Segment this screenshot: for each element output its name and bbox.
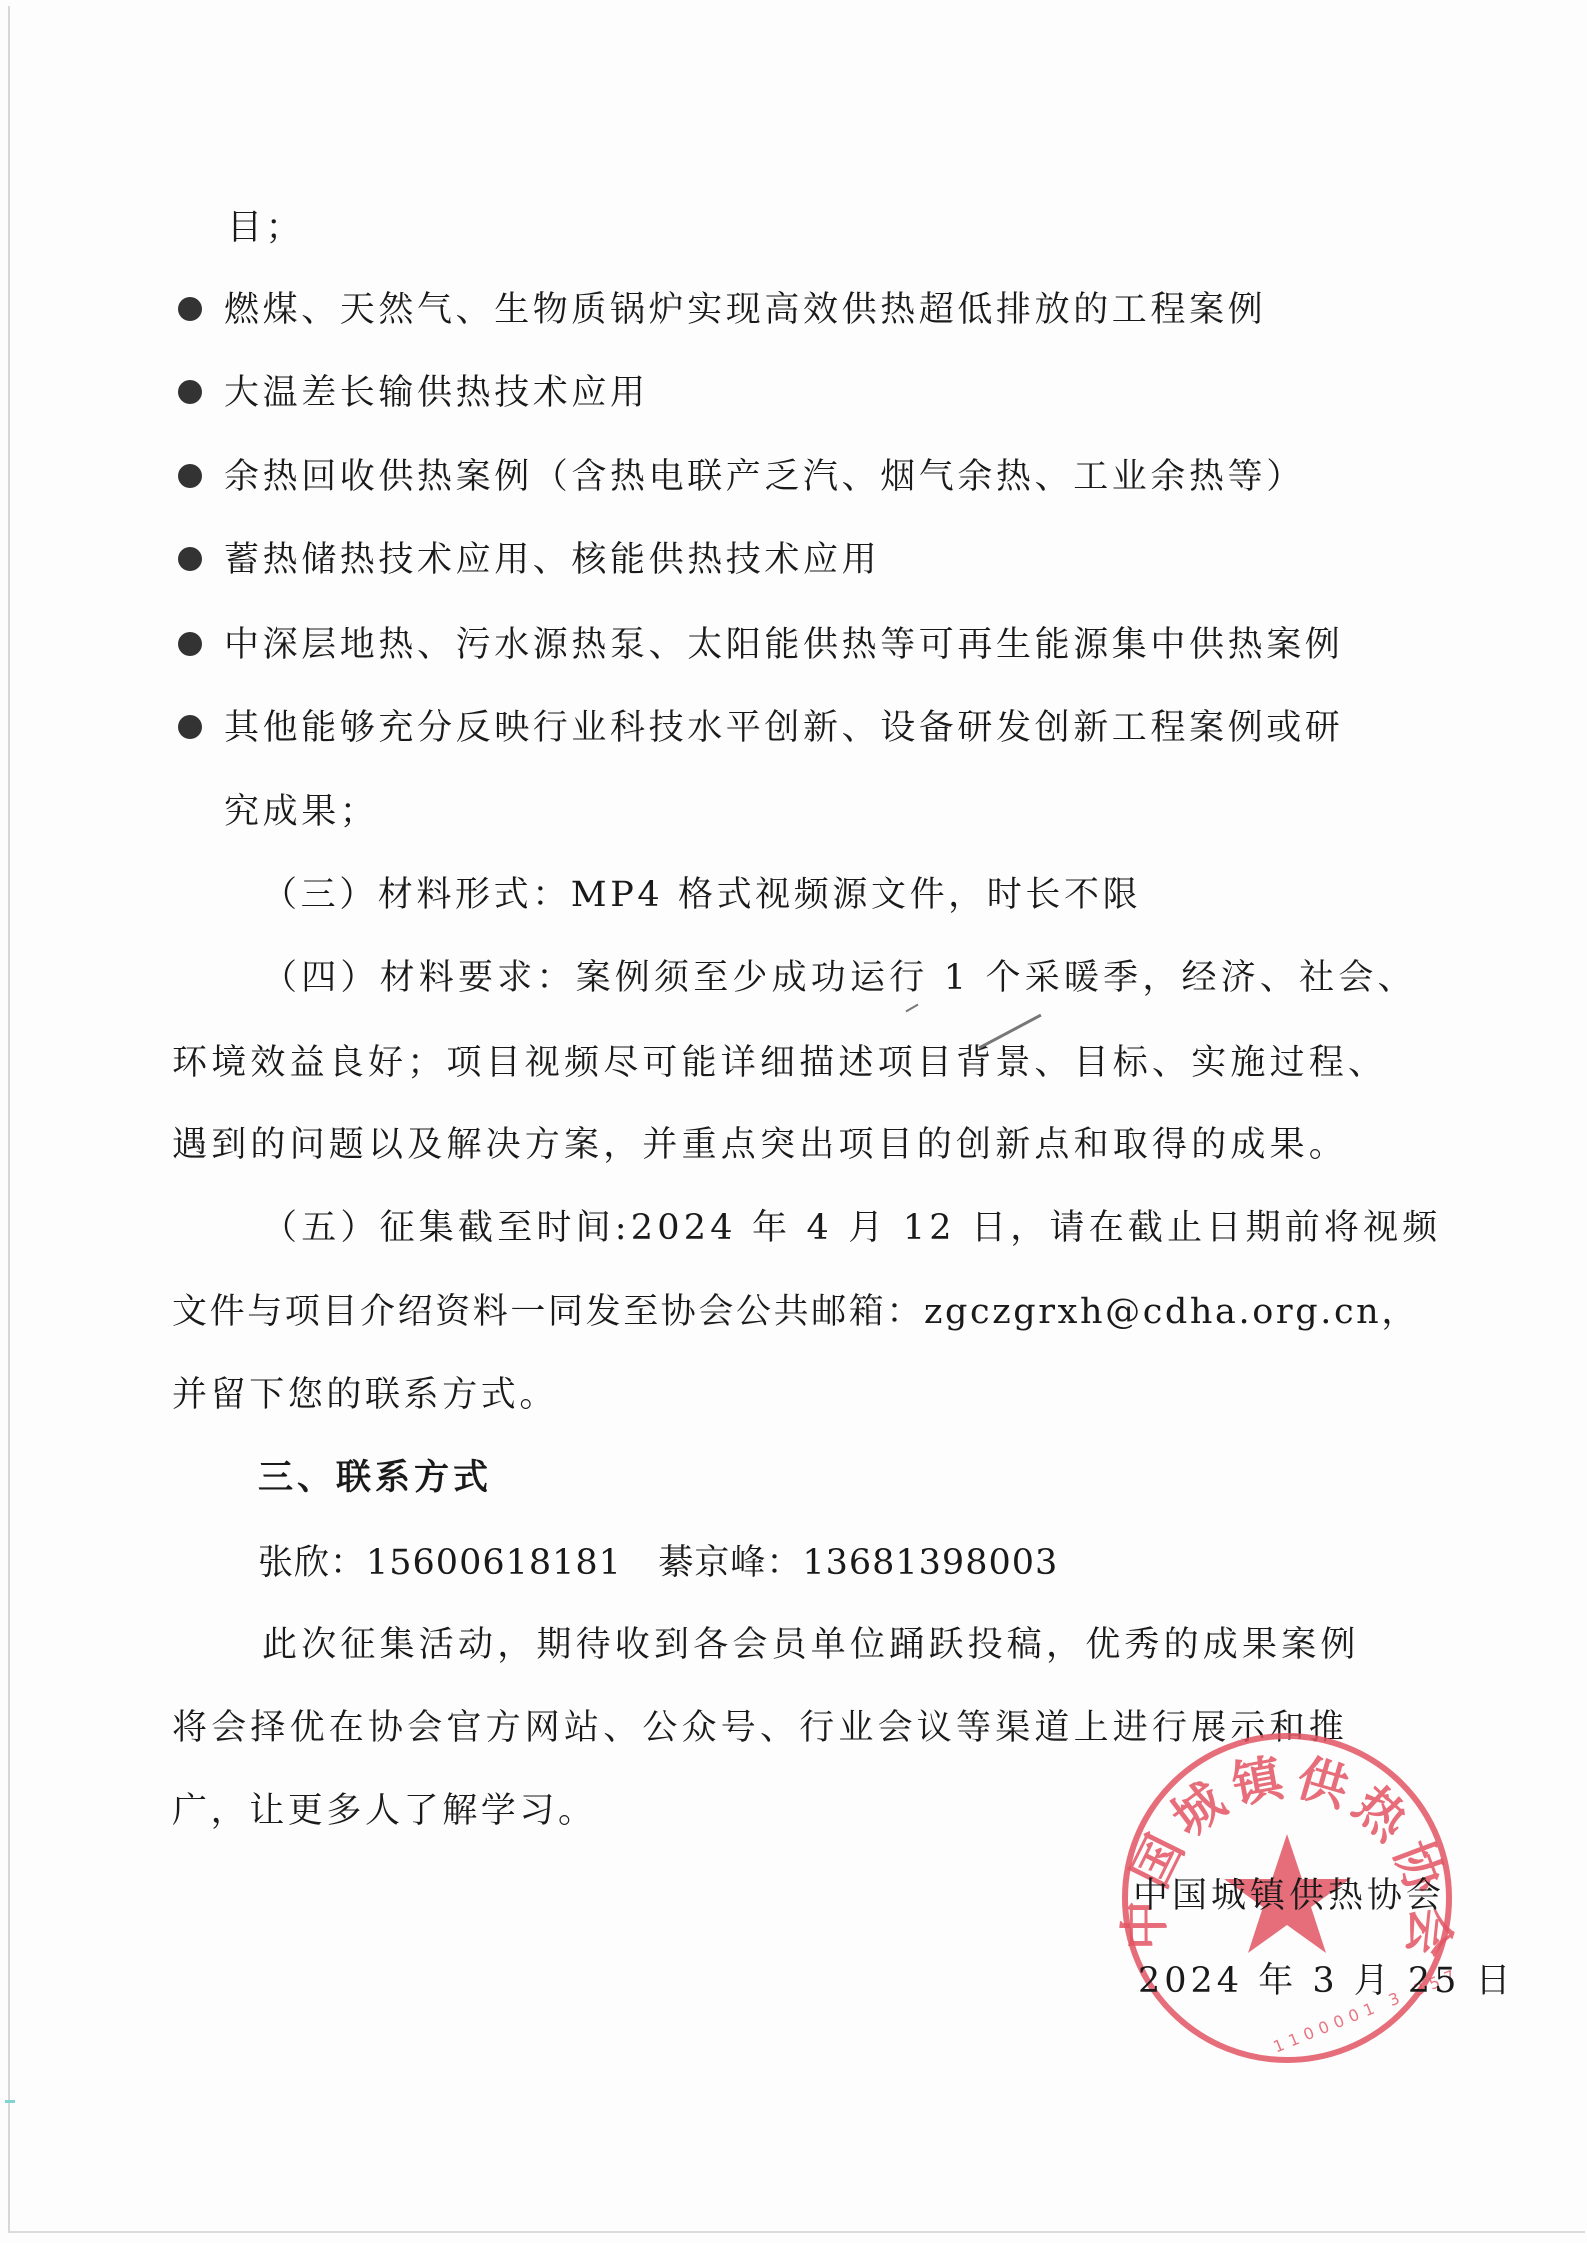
signature-organization: 中国城镇供热协会 <box>1133 1868 1445 1918</box>
pen-mark <box>905 1004 918 1013</box>
contact-heading: 三、联系方式 <box>258 1456 1558 1500</box>
bullet-icon <box>178 715 202 739</box>
section-5-line-2: 文件与项目介绍资料一同发至协会公共邮箱：zgczgrxh@cdha.org.cn… <box>172 1290 1472 1334</box>
section-4-line-3: 遇到的问题以及解决方案，并重点突出项目的创新点和取得的成果。 <box>172 1123 1472 1167</box>
section-4-line-1: （四）材料要求：案例须至少成功运行 1 个采暖季，经济、社会、 <box>262 956 1562 1000</box>
bullet-item: 中深层地热、污水源热泵、太阳能供热等可再生能源集中供热案例 <box>178 623 1478 667</box>
bullet-item: 余热回收供热案例（含热电联产乏汽、烟气余热、工业余热等） <box>178 455 1478 499</box>
bullet-icon <box>178 464 202 488</box>
closing-line-1: 此次征集活动，期待收到各会员单位踊跃投稿，优秀的成果案例 <box>262 1623 1562 1667</box>
signature-date: 2024 年 3 月 25 日 <box>1138 1953 1515 2003</box>
section-5-line-3: 并留下您的联系方式。 <box>172 1373 1472 1417</box>
section-3-format: （三）材料形式：MP4 格式视频源文件，时长不限 <box>262 873 1562 917</box>
scan-mark <box>5 2100 15 2103</box>
bullet-icon <box>178 297 202 321</box>
bullet-item: 蓄热储热技术应用、核能供热技术应用 <box>178 538 1478 582</box>
bullet-continuation: 究成果； <box>224 790 1524 834</box>
bullet-icon <box>178 380 202 404</box>
contact-info: 张欣：15600618181 綦京峰：13681398003 <box>258 1541 1558 1585</box>
section-4-line-2: 环境效益良好；项目视频尽可能详细描述项目背景、目标、实施过程、 <box>172 1041 1472 1085</box>
section-5-line-1: （五）征集截至时间:2024 年 4 月 12 日，请在截止日期前将视频 <box>262 1206 1562 1250</box>
bullet-item: 大温差长输供热技术应用 <box>178 371 1478 415</box>
bullet-icon <box>178 632 202 656</box>
bullet-icon <box>178 547 202 571</box>
bullet-item: 其他能够充分反映行业科技水平创新、设备研发创新工程案例或研 <box>178 706 1478 750</box>
bullet-item: 燃煤、天然气、生物质锅炉实现高效供热超低排放的工程案例 <box>178 288 1478 332</box>
continuation-line: 目； <box>227 206 1527 250</box>
